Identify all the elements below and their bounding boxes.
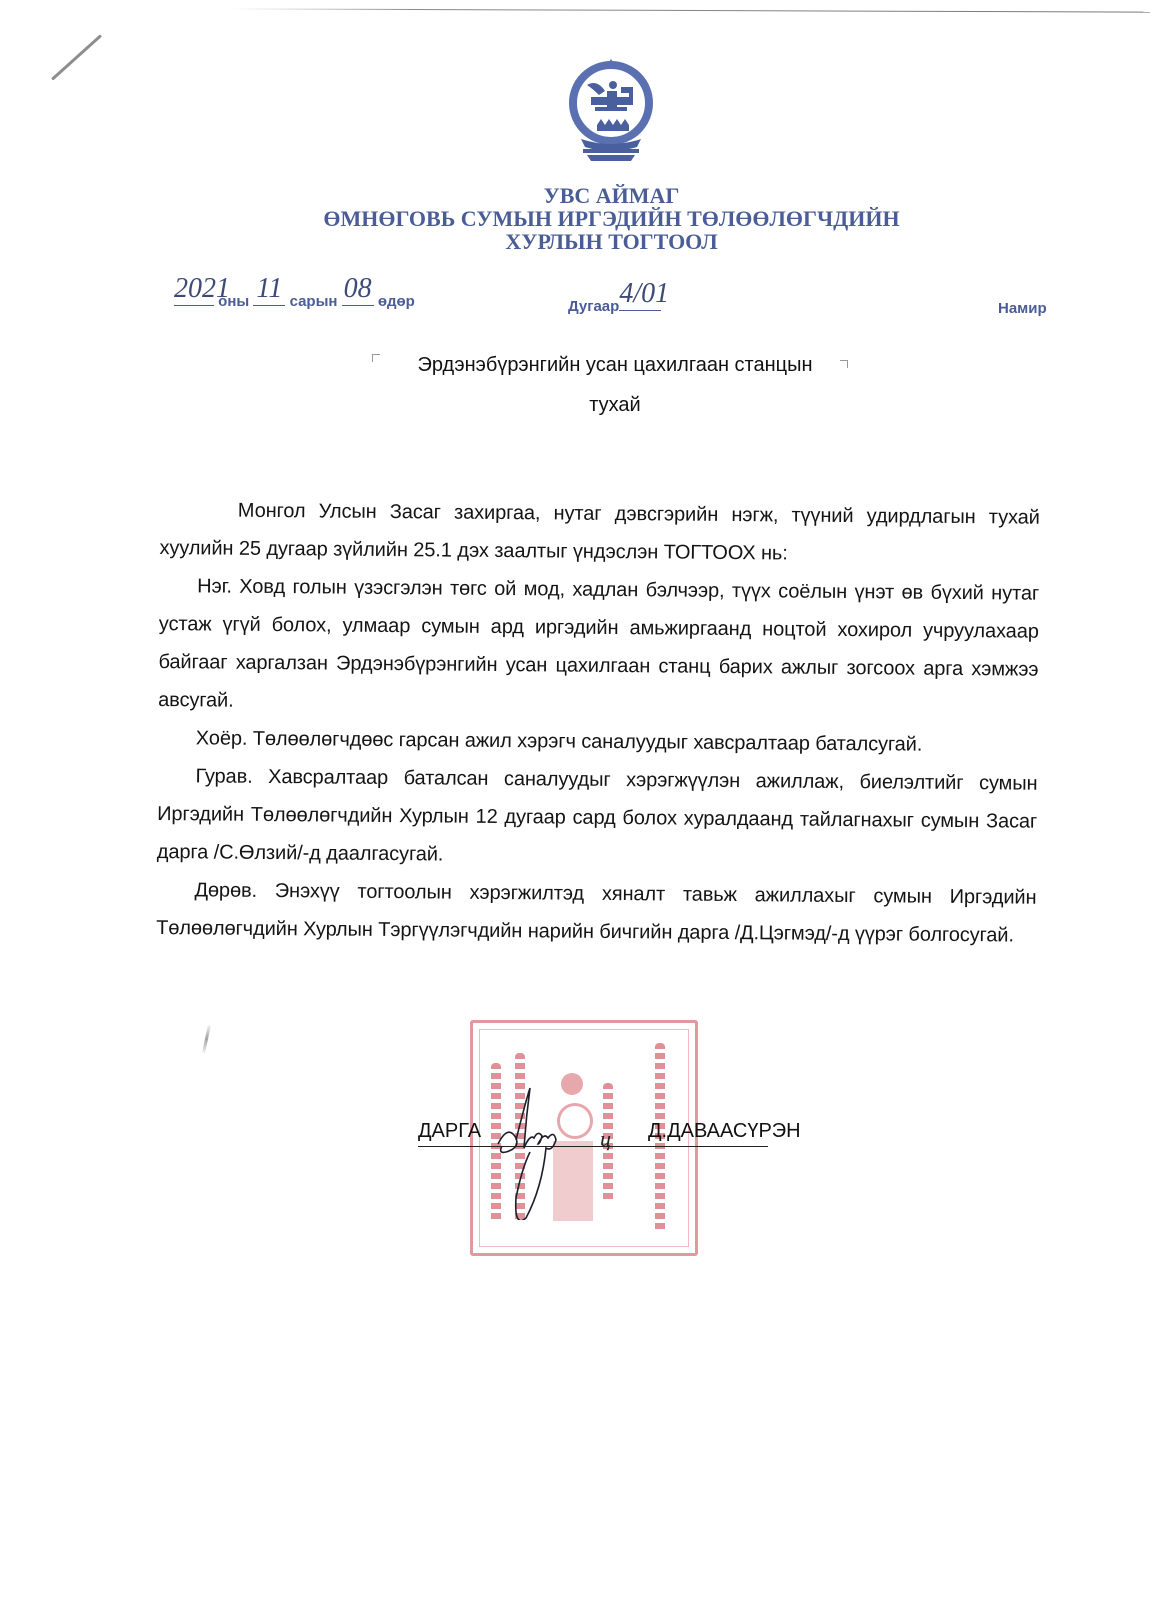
resolution-body: Монгол Улсын Засаг захиргаа, нутаг дэвсг… bbox=[156, 491, 1040, 955]
clause-four: Дөрөв. Энэхүү тогтоолын хэрэгжилтэд хяна… bbox=[156, 871, 1037, 955]
date-day-field: 08 bbox=[342, 287, 374, 306]
date-month: 11 bbox=[253, 275, 285, 303]
header-aimag: УВС АЙМАГ bbox=[0, 184, 1163, 208]
signer-name: Д.ДАВААСҮРЭН bbox=[648, 1120, 801, 1143]
signature-mark: ц bbox=[600, 1126, 611, 1152]
title-line2: тухай bbox=[380, 394, 850, 417]
date-day: 08 bbox=[342, 275, 374, 303]
title-corner-left bbox=[372, 354, 380, 362]
date-year: 2021 bbox=[174, 275, 214, 303]
header-resolution: ХУРЛЫН ТОГТООЛ bbox=[0, 230, 1163, 254]
header-khural: ӨМНӨГОВЬ СУМЫН ИРГЭДИЙН ТӨЛӨӨЛӨГЧДИЙН bbox=[0, 207, 1163, 231]
scan-artifact bbox=[202, 1025, 211, 1053]
resolution-number: Дугаар 4/01 bbox=[568, 292, 661, 315]
number-value: 4/01 bbox=[619, 280, 661, 308]
handwritten-signature bbox=[494, 1080, 584, 1220]
place-name: Намир bbox=[998, 300, 1047, 317]
date-month-suffix: сарын bbox=[290, 293, 338, 310]
number-label: Дугаар bbox=[568, 298, 619, 315]
state-emblem-icon bbox=[561, 55, 661, 175]
number-field: 4/01 bbox=[619, 292, 661, 311]
date-year-field: 2021 bbox=[174, 287, 214, 306]
staple-mark bbox=[51, 34, 102, 80]
title-line1: Эрдэнэбүрэнгийн усан цахилгаан станцын bbox=[380, 354, 850, 377]
signature-line bbox=[418, 1146, 768, 1147]
preamble-paragraph: Монгол Улсын Засаг захиргаа, нутаг дэвсг… bbox=[159, 491, 1040, 575]
scan-edge-line bbox=[230, 8, 1150, 12]
date-line: 2021 оны 11 сарын 08 өдөр bbox=[174, 287, 415, 310]
signature-block: ДАРГА bbox=[418, 1120, 481, 1143]
date-day-suffix: өдөр bbox=[378, 293, 415, 310]
clause-three: Гурав. Хавсралтаар баталсан саналуудыг х… bbox=[157, 757, 1038, 879]
date-month-field: 11 bbox=[253, 287, 285, 306]
clause-one: Нэг. Ховд голын үзэсгэлэн төгс ой мод, х… bbox=[158, 567, 1039, 727]
signer-position: ДАРГА bbox=[418, 1120, 481, 1142]
